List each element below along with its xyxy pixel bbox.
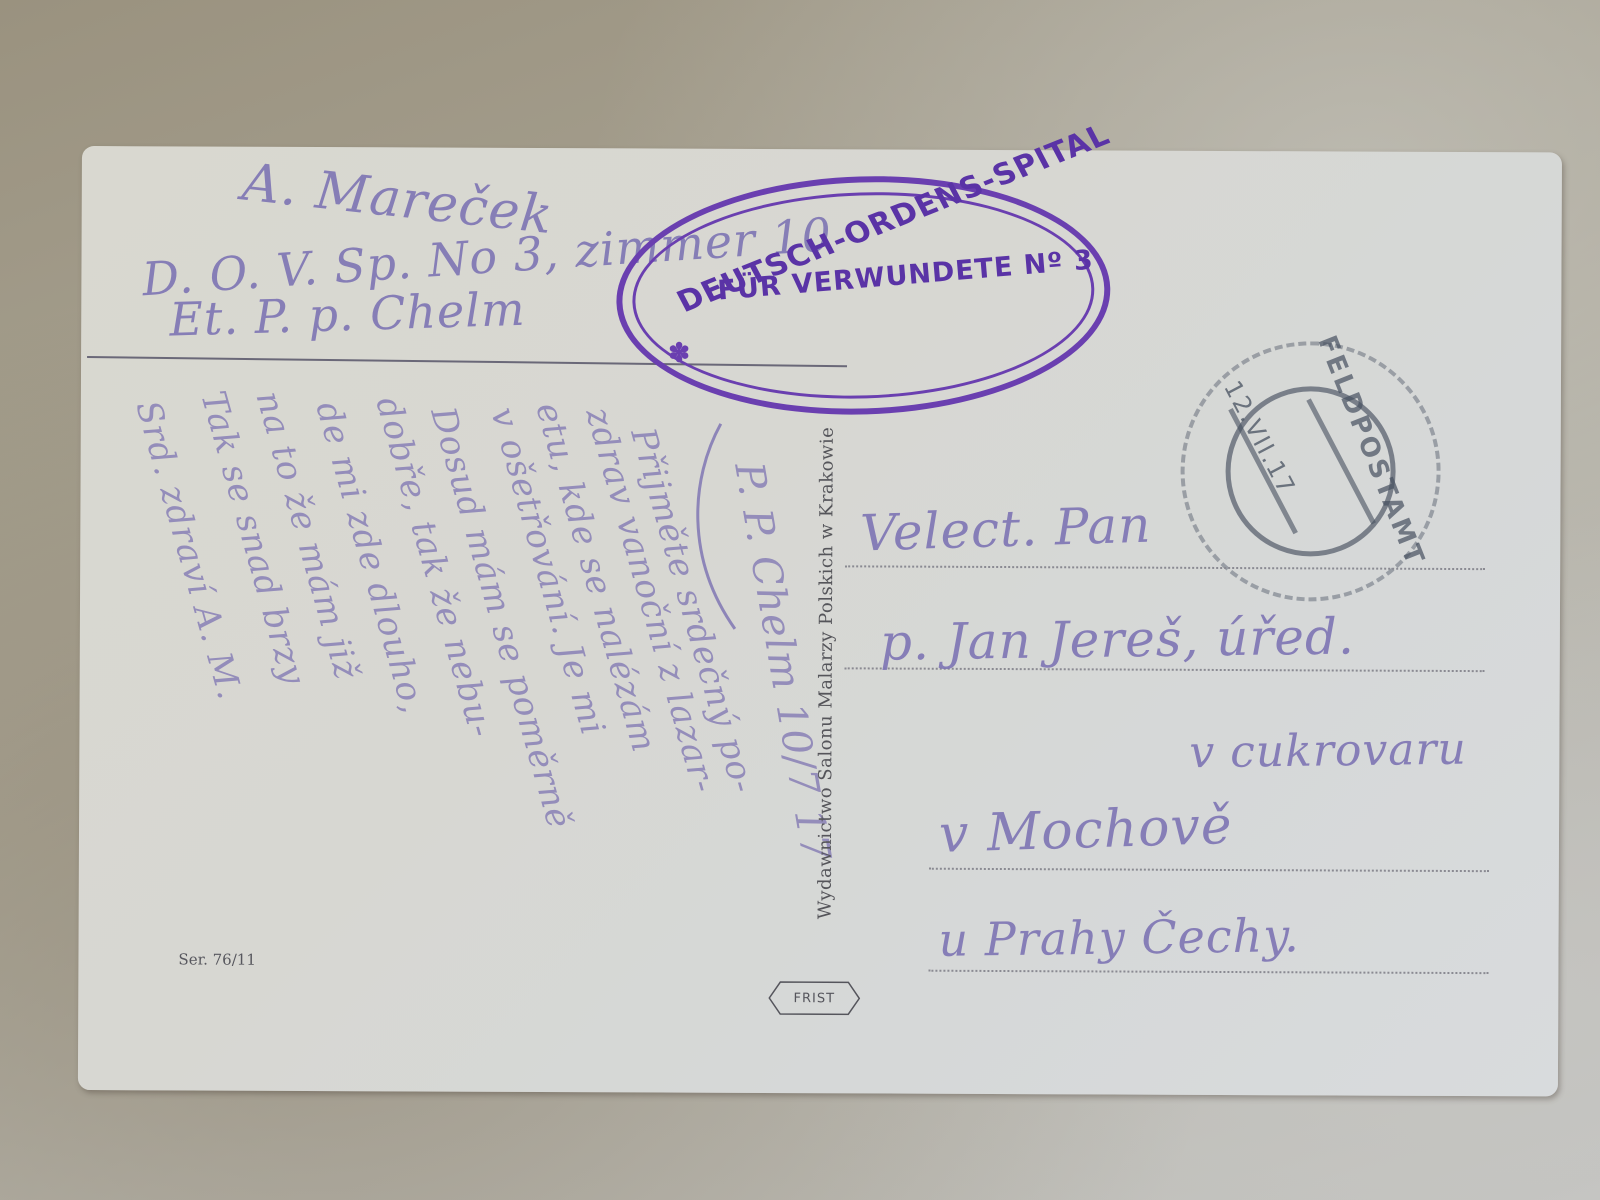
publisher-imprint: Wydawnictwo Salonu Malarzy Polskich w Kr… <box>815 427 838 920</box>
recipient-line-3: v cukrovaru <box>1189 724 1467 779</box>
postcard: A. Mareček D. O. V. Sp. No 3, zimmer 10 … <box>78 146 1562 1096</box>
sender-post: Et. P. p. Chelm <box>169 282 527 347</box>
series-number: Ser. 76/11 <box>178 950 256 968</box>
frist-label: FRIST <box>793 991 835 1006</box>
address-line-4 <box>928 970 1488 974</box>
pencil-bracket-curve <box>680 419 761 639</box>
recipient-salutation: Velect. Pan <box>860 496 1153 563</box>
recipient-line-4: v Mochově <box>938 796 1233 865</box>
frist-badge: FRIST <box>768 981 860 1015</box>
recipient-name: p. Jan Jereš, úřed. <box>879 607 1355 671</box>
recipient-line-5: u Prahy Čechy. <box>938 908 1300 967</box>
stamp-flower-icon: ✽ <box>668 339 690 369</box>
address-line-3 <box>929 868 1489 872</box>
